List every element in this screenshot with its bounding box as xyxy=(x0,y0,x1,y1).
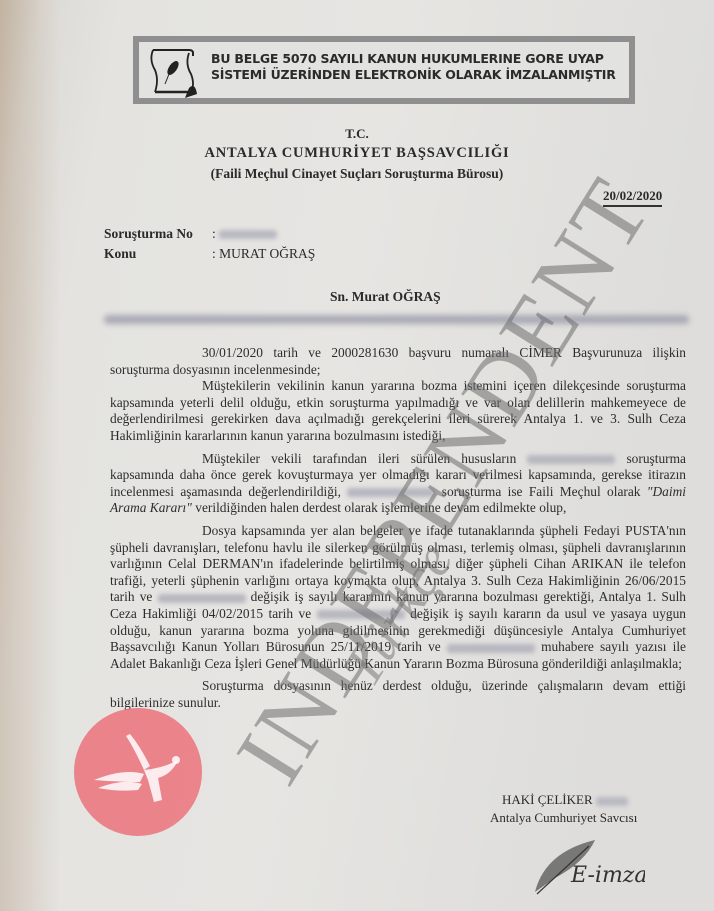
signer-name: HAKİ ÇELİKER xyxy=(502,792,593,807)
office-heading: ANTALYA CUMHURİYET BAŞSAVCILIĞI xyxy=(0,145,714,162)
separator: : xyxy=(212,226,216,241)
uyap-e-signature-banner: BU BELGE 5070 SAYILI KANUN HUKUMLERINE G… xyxy=(133,36,635,104)
redacted-registry xyxy=(596,797,628,806)
quill-signature-icon: E-imza xyxy=(525,832,645,900)
paragraph-5: Soruşturma dosyasının henüz derdest oldu… xyxy=(110,678,686,711)
letter-body: 30/01/2020 tarih ve 2000281630 başvuru n… xyxy=(110,345,686,717)
svg-text:E-imza: E-imza xyxy=(570,863,645,888)
bureau-heading: (Faili Meçhul Cinayet Suçları Soruşturma… xyxy=(0,166,714,182)
country-heading: T.C. xyxy=(0,126,714,142)
paragraph-3: Müştekiler vekili tarafından ileri sürül… xyxy=(110,451,686,517)
redacted-correspondence-number xyxy=(447,644,535,653)
paragraph-1: 30/01/2020 tarih ve 2000281630 başvuru n… xyxy=(110,345,686,378)
paragraph-2: Müştekilerin vekilinin kanun yararına bo… xyxy=(110,378,686,444)
redacted-case-number xyxy=(158,594,246,603)
eagle-seal-icon xyxy=(74,708,202,836)
investigation-label: Soruşturma No xyxy=(104,226,212,242)
subject-label: Konu xyxy=(104,246,212,262)
redacted-case-number xyxy=(317,610,405,619)
subject-value: : MURAT OĞRAŞ xyxy=(212,246,315,261)
scroll-quill-icon xyxy=(145,44,205,100)
banner-line-2: SİSTEMİ ÜZERİNDEN ELEKTRONİK OLARAK İMZA… xyxy=(211,67,616,83)
redacted-file-number xyxy=(527,455,615,464)
addressee: Sn. Murat OĞRAŞ xyxy=(330,289,441,305)
redacted-investigation-number xyxy=(219,230,277,239)
document-date: 20/02/2020 xyxy=(603,188,662,207)
signer-title: Antalya Cumhuriyet Savcısı xyxy=(490,810,637,826)
subject-row: Konu: MURAT OĞRAŞ xyxy=(104,246,315,262)
signature-block: HAKİ ÇELİKER Antalya Cumhuriyet Savcısı xyxy=(490,792,637,826)
investigation-number-row: Soruşturma No: xyxy=(104,226,277,242)
redacted-address xyxy=(104,315,689,324)
banner-line-1: BU BELGE 5070 SAYILI KANUN HUKUMLERINE G… xyxy=(211,51,616,67)
paragraph-4: Dosya kapsamında yer alan belgeler ve if… xyxy=(110,523,686,672)
redacted-file-number xyxy=(347,488,435,497)
